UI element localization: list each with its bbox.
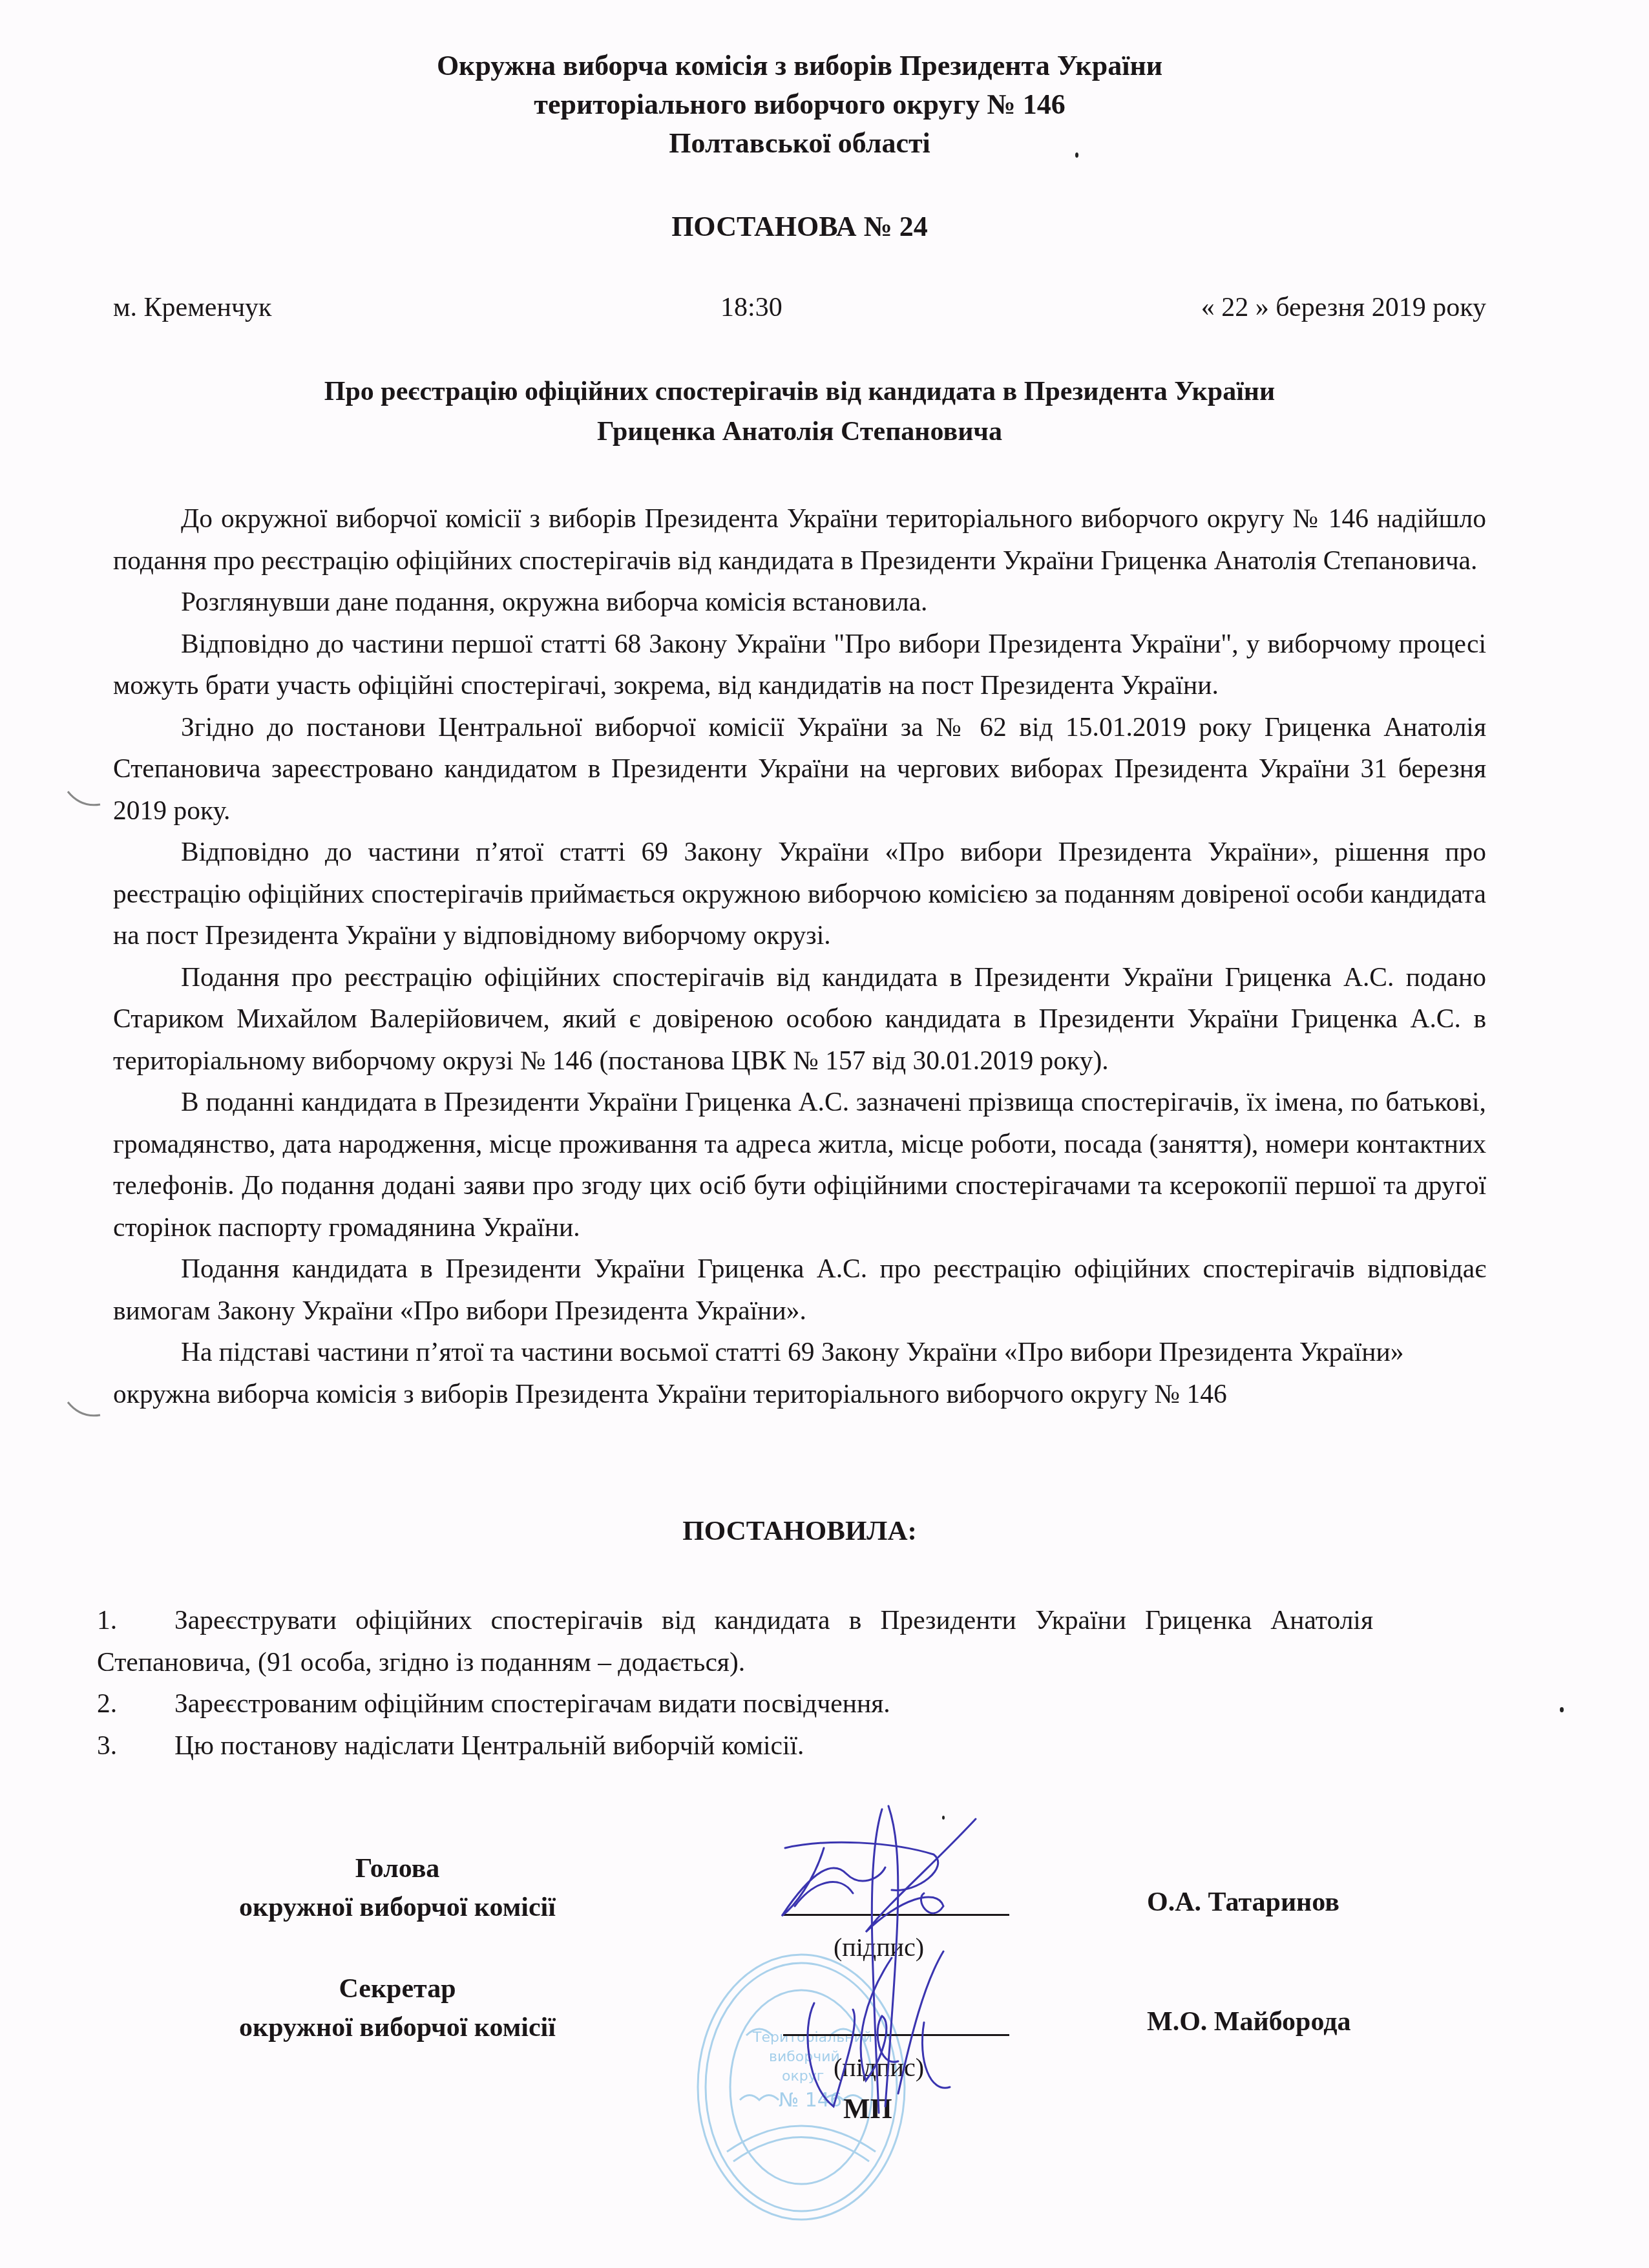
paragraph: На підставі частини п’ятої та частини во… — [113, 1331, 1486, 1414]
subject-line-1: Про реєстрацію офіційних спостерігачів в… — [113, 372, 1486, 412]
item-number: 2. — [97, 1683, 117, 1725]
resolution-meta: м. Кременчук 18:30 « 22 » березня 2019 р… — [113, 292, 1486, 331]
secretary-title-line-2: окружної виборчої комісії — [213, 2008, 582, 2047]
secretary-handwritten-signature — [795, 1945, 989, 2139]
resolution-body: До окружної виборчої комісії з виборів П… — [113, 498, 1486, 1414]
scan-speck — [1075, 152, 1078, 158]
resolution-item-1: 1. Зареєструвати офіційних спостерігачів… — [97, 1599, 1373, 1683]
item-text: Цю постанову надіслати Центральній вибор… — [97, 1725, 1373, 1767]
paragraph: Згідно до постанови Центральної виборчої… — [113, 706, 1486, 832]
chair-title-line-1: Голова — [213, 1849, 582, 1888]
resolution-title: ПОСТАНОВА № 24 — [113, 210, 1486, 243]
commission-header: Окружна виборча комісія з виборів Презид… — [113, 47, 1486, 163]
scan-speck — [1560, 1707, 1564, 1712]
resolution-items: 1. Зареєструвати офіційних спостерігачів… — [97, 1599, 1373, 1766]
paragraph: Подання кандидата в Президенти України Г… — [113, 1248, 1486, 1331]
chair-title-line-2: окружної виборчої комісії — [213, 1888, 582, 1927]
city: м. Кременчук — [113, 292, 271, 323]
paragraph: Відповідно до частини першої статті 68 З… — [113, 623, 1486, 706]
scan-edge-mark — [65, 1399, 103, 1425]
secretary-title: Секретар окружної виборчої комісії — [213, 1969, 582, 2047]
chair-name: О.А. Татаринов — [1147, 1887, 1339, 1918]
item-text: Зареєструвати офіційних спостерігачів ві… — [97, 1599, 1373, 1683]
resolution-item-2: 2. Зареєстрованим офіційним спостерігача… — [97, 1683, 1373, 1725]
item-text: Зареєстрованим офіційним спостерігачам в… — [97, 1683, 1373, 1725]
chair-title: Голова окружної виборчої комісії — [213, 1849, 582, 1927]
paragraph: Подання про реєстрацію офіційних спостер… — [113, 956, 1486, 1082]
paragraph: Розглянувши дане подання, окружна виборч… — [113, 581, 1486, 623]
resolution-subject: Про реєстрацію офіційних спостерігачів в… — [113, 372, 1486, 452]
date: « 22 » березня 2019 року — [1201, 292, 1486, 323]
resolved-heading: ПОСТАНОВИЛА: — [113, 1515, 1486, 1547]
item-number: 1. — [97, 1599, 117, 1641]
scan-edge-mark — [65, 788, 103, 814]
header-line-3: Полтавської області — [113, 124, 1486, 163]
secretary-name: М.О. Майборода — [1147, 2006, 1351, 2037]
header-line-1: Окружна виборча комісія з виборів Презид… — [113, 47, 1486, 85]
subject-line-2: Гриценка Анатолія Степановича — [113, 412, 1486, 452]
time: 18:30 — [720, 292, 782, 323]
paragraph: В поданні кандидата в Президенти України… — [113, 1081, 1486, 1248]
paragraph: Відповідно до частини п’ятої статті 69 З… — [113, 831, 1486, 956]
header-line-2: територіального виборчого округу № 146 — [113, 85, 1486, 124]
scan-speck — [942, 1816, 945, 1820]
secretary-title-line-1: Секретар — [213, 1969, 582, 2008]
resolution-item-3: 3. Цю постанову надіслати Центральній ви… — [97, 1725, 1373, 1767]
paragraph: До окружної виборчої комісії з виборів П… — [113, 498, 1486, 581]
item-number: 3. — [97, 1725, 117, 1767]
